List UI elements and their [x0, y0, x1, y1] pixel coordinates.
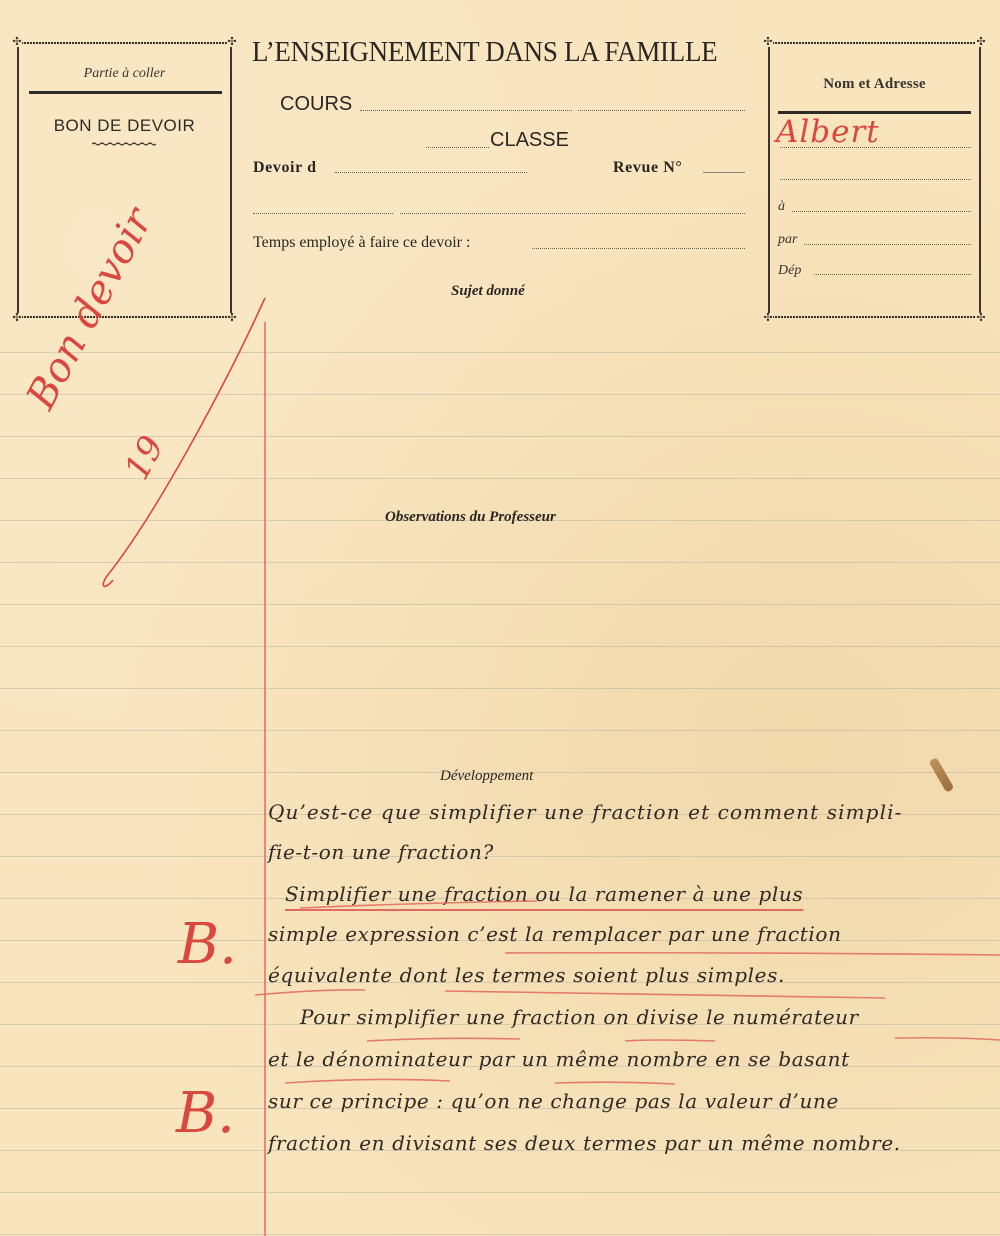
sujet-donne-label: Sujet donné: [451, 283, 525, 300]
devoir-label: Devoir d: [253, 159, 317, 177]
a-field[interactable]: [792, 211, 971, 212]
red-underlines: [255, 895, 1000, 1095]
classe-label: CLASSE: [490, 129, 569, 152]
name-field[interactable]: [780, 147, 971, 148]
revue-field[interactable]: [703, 172, 745, 173]
classe-field[interactable]: [426, 147, 489, 148]
nom-adresse-title: Nom et Adresse: [770, 76, 979, 93]
ornament-icon: ✣: [976, 37, 986, 47]
page-title: L’ENSEIGNEMENT DANS LA FAMILLE: [252, 36, 712, 69]
ornament-icon: ✣: [227, 37, 237, 47]
ornament-icon: ✣: [12, 313, 22, 323]
par-label: par: [778, 232, 797, 248]
handwritten-line-9: fraction en divisant ses deux termes par…: [268, 1131, 901, 1155]
temps-field[interactable]: [532, 248, 745, 249]
par-field[interactable]: [804, 244, 971, 245]
red-slash-mark-icon: [95, 296, 270, 591]
extra-field-1[interactable]: [253, 213, 393, 214]
dep-field[interactable]: [814, 274, 971, 275]
squiggle-ornament-icon: [92, 142, 156, 146]
mark-b-2: B.: [176, 1081, 235, 1146]
ink-stain: [929, 757, 955, 793]
bon-de-devoir-title: BON DE DEVOIR: [19, 116, 230, 136]
devoir-field[interactable]: [335, 172, 527, 173]
revue-label: Revue N°: [613, 159, 682, 177]
observations-label: Observations du Professeur: [385, 509, 556, 526]
handwritten-line-2: fie-t-on une fraction?: [268, 840, 494, 864]
handwritten-line-1: Qu’est-ce que simplifier une fraction et…: [268, 800, 902, 824]
cours-field[interactable]: [360, 110, 572, 111]
dep-label: Dép: [778, 263, 801, 279]
mark-b-1: B.: [178, 912, 237, 977]
address-field[interactable]: [780, 179, 971, 180]
cours-label: COURS: [280, 93, 352, 116]
developpement-label: Développement: [440, 768, 533, 785]
ornament-icon: ✣: [12, 37, 22, 47]
nom-adresse-box: ✣ ✣ ✣ ✣ Nom et Adresse Albert à par Dép: [768, 42, 981, 318]
ornament-icon: ✣: [763, 313, 773, 323]
name-value[interactable]: Albert: [776, 114, 880, 150]
temps-label: Temps employé à faire ce devoir :: [253, 234, 470, 252]
cours-field-2[interactable]: [578, 110, 745, 111]
ornament-icon: ✣: [976, 313, 986, 323]
divider: [29, 91, 222, 94]
extra-field-2[interactable]: [400, 213, 745, 214]
a-label: à: [778, 199, 785, 215]
ornament-icon: ✣: [763, 37, 773, 47]
partie-a-coller-label: Partie à coller: [19, 66, 230, 82]
